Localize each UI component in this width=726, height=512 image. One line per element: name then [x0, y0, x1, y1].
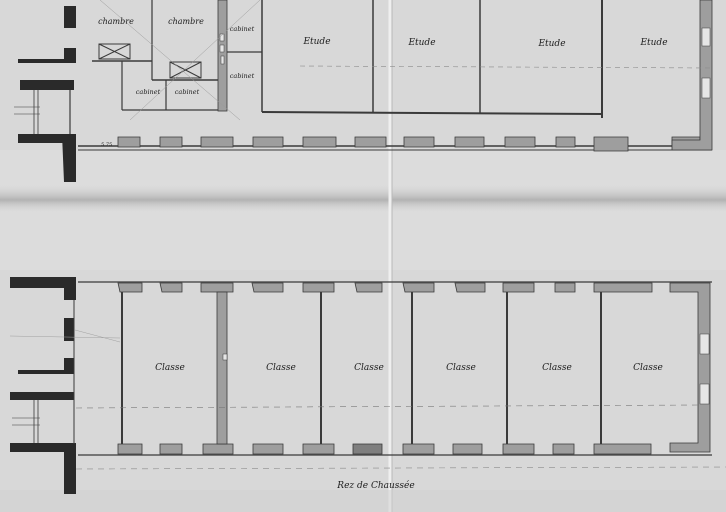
floor-plan-drawing: chambre chambre cabinet cabinet cabinet …	[0, 0, 726, 512]
room-label-classe-1: Classe	[155, 363, 185, 373]
room-label-cabinet-4: cabinet	[175, 88, 200, 96]
room-label-classe-5: Classe	[542, 363, 572, 373]
room-label-classe-6: Classe	[633, 363, 663, 373]
room-label-etude-2: Etude	[407, 38, 435, 48]
paper-fold-horizontal	[0, 185, 726, 215]
room-label-classe-4: Classe	[446, 363, 476, 373]
dimension-annotation: 5.75	[101, 142, 112, 148]
room-label-cabinet-2: cabinet	[230, 72, 255, 80]
room-label-classe-2: Classe	[266, 363, 296, 373]
room-label-cabinet-1: cabinet	[230, 25, 255, 33]
room-label-etude-1: Etude	[302, 37, 330, 47]
floor-title: Rez de Chaussée	[336, 480, 414, 491]
room-label-chambre-1: chambre	[98, 17, 134, 26]
room-label-chambre-2: chambre	[168, 17, 204, 26]
room-label-cabinet-3: cabinet	[136, 88, 161, 96]
room-label-classe-3: Classe	[354, 363, 384, 373]
room-label-etude-3: Etude	[537, 39, 565, 49]
room-label-etude-4: Etude	[639, 38, 667, 48]
